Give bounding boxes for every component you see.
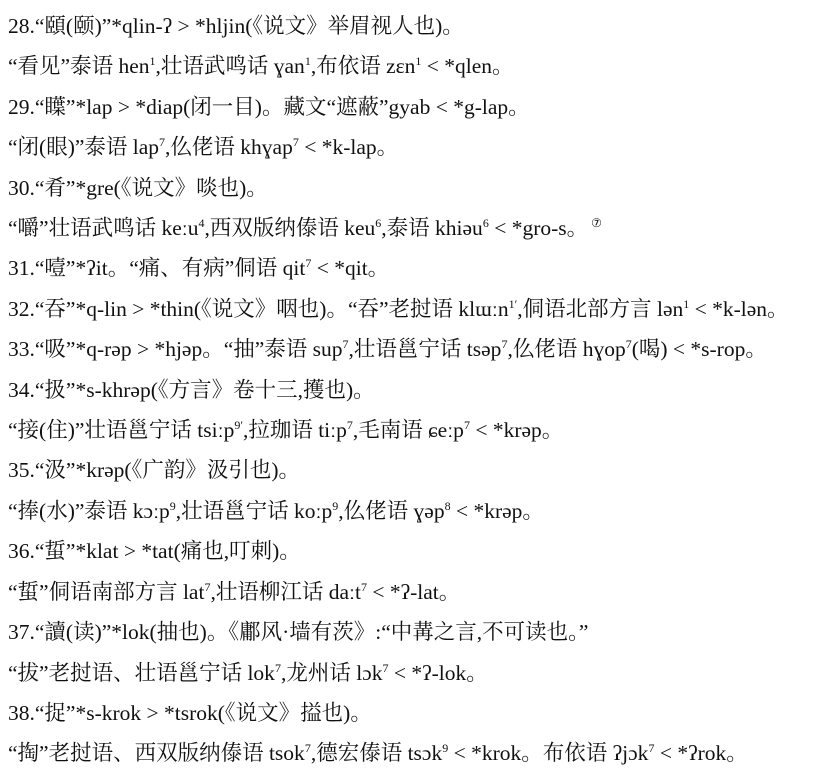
text-segment: “蜇”侗语南部方言 lat (8, 580, 204, 604)
document-page: 28.“頤(颐)”*qlin-ʔ > *hljin(《说文》举眉视人也)。“看见… (0, 0, 819, 771)
text-segment: ,泰语 khiəu (381, 216, 483, 240)
text-line: 33.“吸”*q-rəp > *hjəp。“抽”泰语 sup7,壮语邕宁话 ts… (8, 329, 815, 369)
text-segment: ,德宏傣语 tsɔk (311, 741, 442, 765)
text-segment: “掏”老挝语、西双版纳傣语 tsok (8, 741, 305, 765)
text-segment: < *qit。 (311, 256, 389, 280)
text-line: “闭(眼)”泰语 lap7,仫佬语 khɣap7 < *k-lap。 (8, 127, 815, 167)
text-segment: ,壮语邕宁话 tsəp (349, 337, 502, 361)
text-line: “捧(水)”泰语 kɔːp9,壮语邕宁话 koːp9,仫佬语 ɣəp8 < *k… (8, 491, 815, 531)
text-line: 34.“扱”*s-khrəp(《方言》卷十三,擭也)。 (8, 370, 815, 410)
text-line: “蜇”侗语南部方言 lat7,壮语柳江话 daːt7 < *ʔ-lat。 (8, 572, 815, 612)
text-segment: 31.“噎”*ʔit。“痛、有病”侗语 qit (8, 256, 305, 280)
text-segment: < *k-lən。 (689, 297, 788, 321)
text-segment: (喝) < *s-rop。 (632, 337, 767, 361)
text-segment: “闭(眼)”泰语 lap (8, 135, 159, 159)
tone-superscript: 9′ (234, 418, 243, 432)
text-line: 38.“捉”*s-krok > *tsrok(《说文》搤也)。 (8, 693, 815, 733)
text-line: “接(住)”壮语邕宁话 tsiːp9′,拉珈语 tiːp7,毛南语 ɕeːp7 … (8, 410, 815, 450)
text-segment: < *ʔ-lok。 (388, 661, 487, 685)
text-segment: < *qlen。 (421, 54, 513, 78)
text-segment: ,布依语 zɛn (311, 54, 416, 78)
text-segment: 38.“捉”*s-krok > *tsrok(《说文》搤也)。 (8, 701, 372, 725)
text-segment: 28.“頤(颐)”*qlin-ʔ > *hljin(《说文》举眉视人也)。 (8, 14, 464, 38)
text-line: “看见”泰语 hen1,壮语武鸣话 ɣan1,布依语 zɛn1 < *qlen。 (8, 46, 815, 86)
text-segment: 37.“讀(读)”*lok(抽也)。《鄘风·墙有茨》:“中冓之言,不可读也。” (8, 620, 588, 644)
text-segment: 35.“汲”*krəp(《广韵》汲引也)。 (8, 458, 300, 482)
text-segment: ,龙州话 lɔk (281, 661, 383, 685)
text-segment: ,侗语北部方言 lən (517, 297, 683, 321)
text-segment: ,西双版纳傣语 keu (204, 216, 375, 240)
text-segment: “拔”老挝语、壮语邕宁话 lok (8, 661, 275, 685)
text-line: 35.“汲”*krəp(《广韵》汲引也)。 (8, 450, 815, 490)
text-line: “嚼”壮语武鸣话 keːu4,西双版纳傣语 keu6,泰语 khiəu6 < *… (8, 208, 815, 248)
text-segment: ,仫佬语 khɣap (165, 135, 293, 159)
text-segment: 32.“吞”*q-lin > *thin(《说文》咽也)。“吞”老挝语 klɯː… (8, 297, 509, 321)
text-segment: ,仫佬语 hɣop (507, 337, 625, 361)
text-segment: ,拉珈语 tiːp (243, 418, 347, 442)
text-line: 32.“吞”*q-lin > *thin(《说文》咽也)。“吞”老挝语 klɯː… (8, 289, 815, 329)
text-line: 28.“頤(颐)”*qlin-ʔ > *hljin(《说文》举眉视人也)。 (8, 6, 815, 46)
text-segment: 36.“蜇”*klat > *tat(痛也,叮刺)。 (8, 539, 301, 563)
tone-superscript: ⑦ (588, 216, 602, 230)
text-segment: < *krəp。 (470, 418, 563, 442)
text-line: 36.“蜇”*klat > *tat(痛也,叮刺)。 (8, 531, 815, 571)
text-line: 31.“噎”*ʔit。“痛、有病”侗语 qit7 < *qit。 (8, 248, 815, 288)
text-segment: 33.“吸”*q-rəp > *hjəp。“抽”泰语 sup (8, 337, 343, 361)
text-line: 37.“讀(读)”*lok(抽也)。《鄘风·墙有茨》:“中冓之言,不可读也。” (8, 612, 815, 652)
text-line: “掏”老挝语、西双版纳傣语 tsok7,德宏傣语 tsɔk9 < *krok。布… (8, 733, 815, 771)
text-segment: “捧(水)”泰语 kɔːp (8, 499, 170, 523)
text-segment: 30.“肴”*gre(《说文》啖也)。 (8, 176, 268, 200)
text-segment: 34.“扱”*s-khrəp(《方言》卷十三,擭也)。 (8, 378, 375, 402)
text-segment: < *krok。布依语 ʔjɔk (448, 741, 648, 765)
text-segment: < *krəp。 (451, 499, 544, 523)
text-segment: 29.“瞸”*lap > *diap(闭一目)。藏文“遮蔽”gyab < *g-… (8, 95, 530, 119)
tone-superscript: 1′ (509, 297, 518, 311)
text-segment: ,毛南语 ɕeːp (353, 418, 464, 442)
text-segment: < *k-lap。 (299, 135, 398, 159)
text-segment: ,壮语武鸣话 ɣan (156, 54, 305, 78)
text-segment: < *ʔrok。 (654, 741, 747, 765)
text-segment: < *gro-s。 (489, 216, 588, 240)
text-segment: < *ʔ-lat。 (367, 580, 460, 604)
text-segment: ,壮语柳江话 daːt (210, 580, 361, 604)
text-line: “拔”老挝语、壮语邕宁话 lok7,龙州话 lɔk7 < *ʔ-lok。 (8, 653, 815, 693)
text-segment: “嚼”壮语武鸣话 keːu (8, 216, 198, 240)
text-line: 30.“肴”*gre(《说文》啖也)。 (8, 168, 815, 208)
text-segment: ,仫佬语 ɣəp (338, 499, 444, 523)
text-segment: “接(住)”壮语邕宁话 tsiːp (8, 418, 234, 442)
text-line: 29.“瞸”*lap > *diap(闭一目)。藏文“遮蔽”gyab < *g-… (8, 87, 815, 127)
text-segment: “看见”泰语 hen (8, 54, 150, 78)
text-segment: ,壮语邕宁话 koːp (176, 499, 332, 523)
